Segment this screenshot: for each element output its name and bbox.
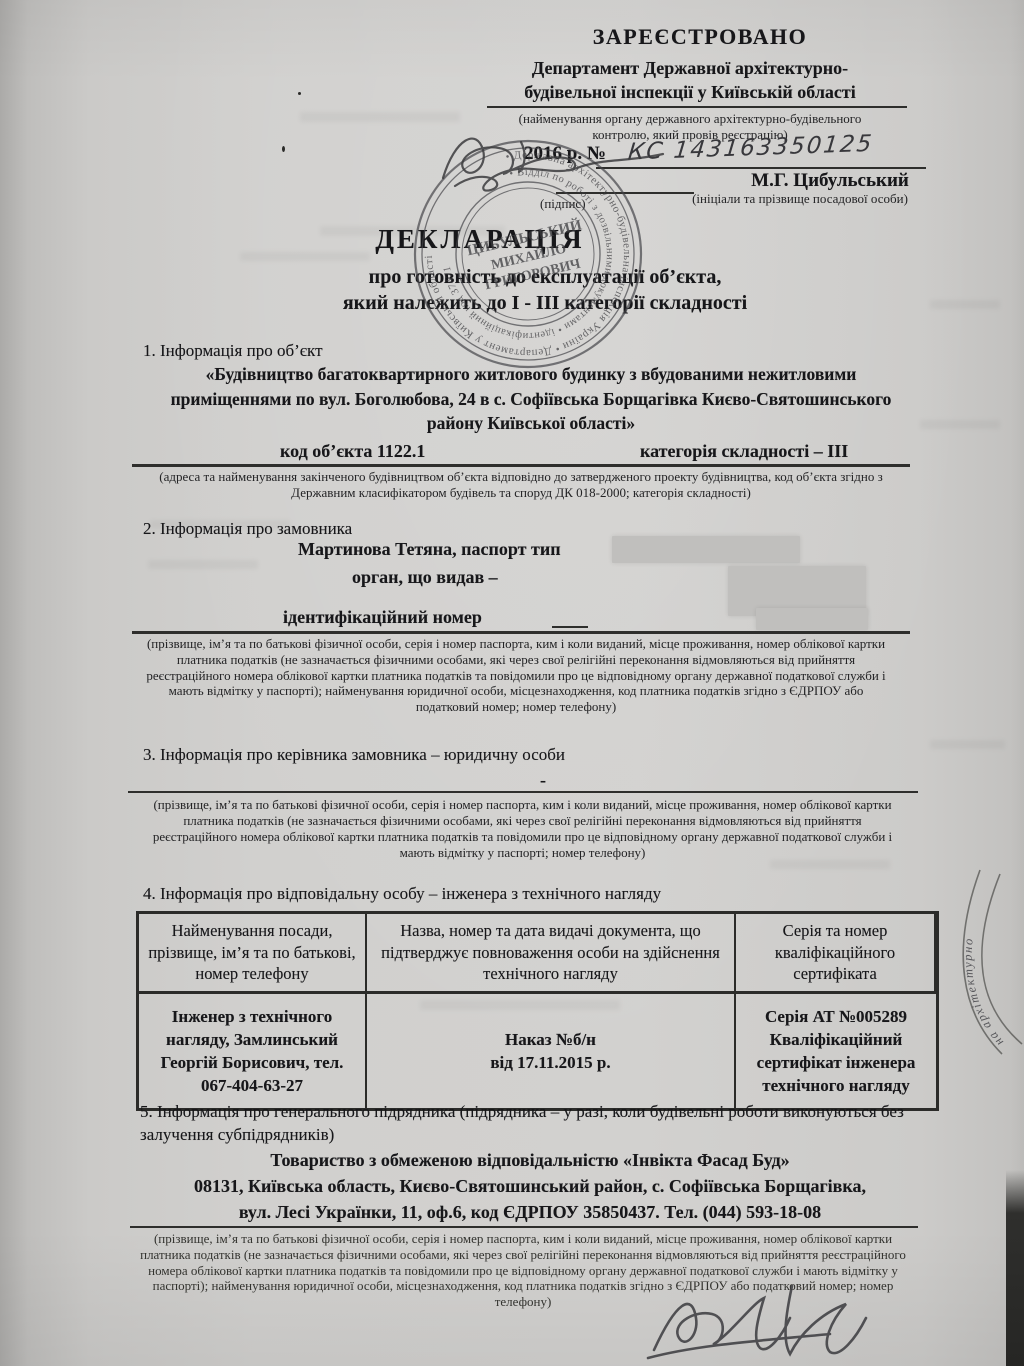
section1-object-code: код об’єкта 1122.1 — [280, 441, 425, 462]
section1-category: категорія складності – ІІІ — [640, 441, 848, 462]
section1-caption: (адреса та найменування закінченого буді… — [135, 469, 907, 501]
handwritten-signature-top — [425, 120, 685, 200]
table-cell-person: Інженер з технічного нагляду, Замлинськи… — [139, 994, 367, 1108]
id-number-underscore — [552, 626, 588, 628]
authority-name-line1: Департамент Державної архітектурно- — [455, 58, 925, 79]
section3-rule — [128, 791, 918, 793]
section5-contractor-address-line2: вул. Лесі Українки, 11, оф.6, код ЄДРПОУ… — [140, 1202, 920, 1223]
authority-underline — [487, 106, 907, 108]
handwritten-signature-bottom — [640, 1274, 930, 1366]
official-caption: (ініціали та прізвище посадової особи) — [655, 191, 945, 207]
table-cell-certificate: Серія АТ №005289 Кваліфікаційний сертифі… — [736, 994, 936, 1108]
official-name: М.Г. Цибульський — [690, 170, 970, 192]
dust-speck — [298, 92, 301, 95]
section3-heading: 3. Інформація про керівника замовника – … — [143, 745, 565, 765]
bleedthrough-artifact — [920, 420, 1000, 429]
redaction-box-passport — [612, 536, 800, 563]
registered-label: ЗАРЕЄСТРОВАНО — [480, 24, 920, 50]
table-header-document: Назва, номер та дата видачі документа, щ… — [367, 914, 736, 994]
bleedthrough-artifact — [930, 300, 1000, 309]
scan-edge-shadow — [1006, 1170, 1024, 1366]
section1-rule — [132, 464, 910, 467]
table-header-certificate: Серія та номер кваліфікаційного сертифік… — [736, 914, 936, 994]
dust-speck — [282, 146, 285, 152]
section1-heading: 1. Інформація про об’єкт — [143, 341, 323, 361]
table-cell-document: Наказ №б/н від 17.11.2015 р. — [367, 994, 736, 1108]
redaction-box-id — [756, 608, 868, 630]
section5-contractor-name: Товариство з обмеженою відповідальністю … — [150, 1150, 910, 1171]
bleedthrough-artifact — [930, 740, 1005, 749]
section2-caption: (прізвище, ім’я та по батькові фізичної … — [136, 636, 896, 715]
scanned-declaration-document: ЗАРЕЄСТРОВАНО Департамент Державної архі… — [0, 0, 1024, 1366]
technical-supervisor-table: Найменування посади, прізвище, ім’я та п… — [136, 911, 939, 1111]
bleedthrough-artifact — [148, 560, 258, 569]
section3-empty-value: - — [540, 770, 546, 791]
edge-stamp-text: на архітектурно — [961, 937, 1006, 1050]
section3-caption: (прізвище, ім’я та по батькові фізичної … — [140, 797, 905, 861]
table-header-position: Найменування посади, прізвище, ім’я та п… — [139, 914, 367, 994]
edge-partial-stamp: на архітектурно — [934, 862, 1024, 1057]
section2-id-number-label: ідентифікаційний номер — [283, 607, 482, 628]
section2-rule — [132, 631, 910, 634]
section5-contractor-address-line1: 08131, Київська область, Києво-Святошинс… — [140, 1176, 920, 1197]
section2-heading: 2. Інформація про замовника — [143, 519, 352, 539]
authority-name-line2: будівельної інспекції у Київській област… — [455, 82, 925, 103]
table-cell-document-line2: від 17.11.2015 р. — [490, 1051, 610, 1074]
section5-rule — [130, 1226, 918, 1228]
bleedthrough-artifact — [770, 860, 890, 869]
section2-customer-name: Мартинова Тетяна, паспорт тип — [298, 539, 561, 560]
table-cell-document-line1: Наказ №б/н — [490, 1028, 610, 1051]
section5-heading: 5. Інформація про генерального підрядник… — [140, 1100, 922, 1146]
section2-issuing-authority: орган, що видав – — [352, 567, 498, 588]
svg-text:на архітектурно: на архітектурно — [961, 937, 1006, 1050]
section4-heading: 4. Інформація про відповідальну особу – … — [143, 884, 661, 904]
